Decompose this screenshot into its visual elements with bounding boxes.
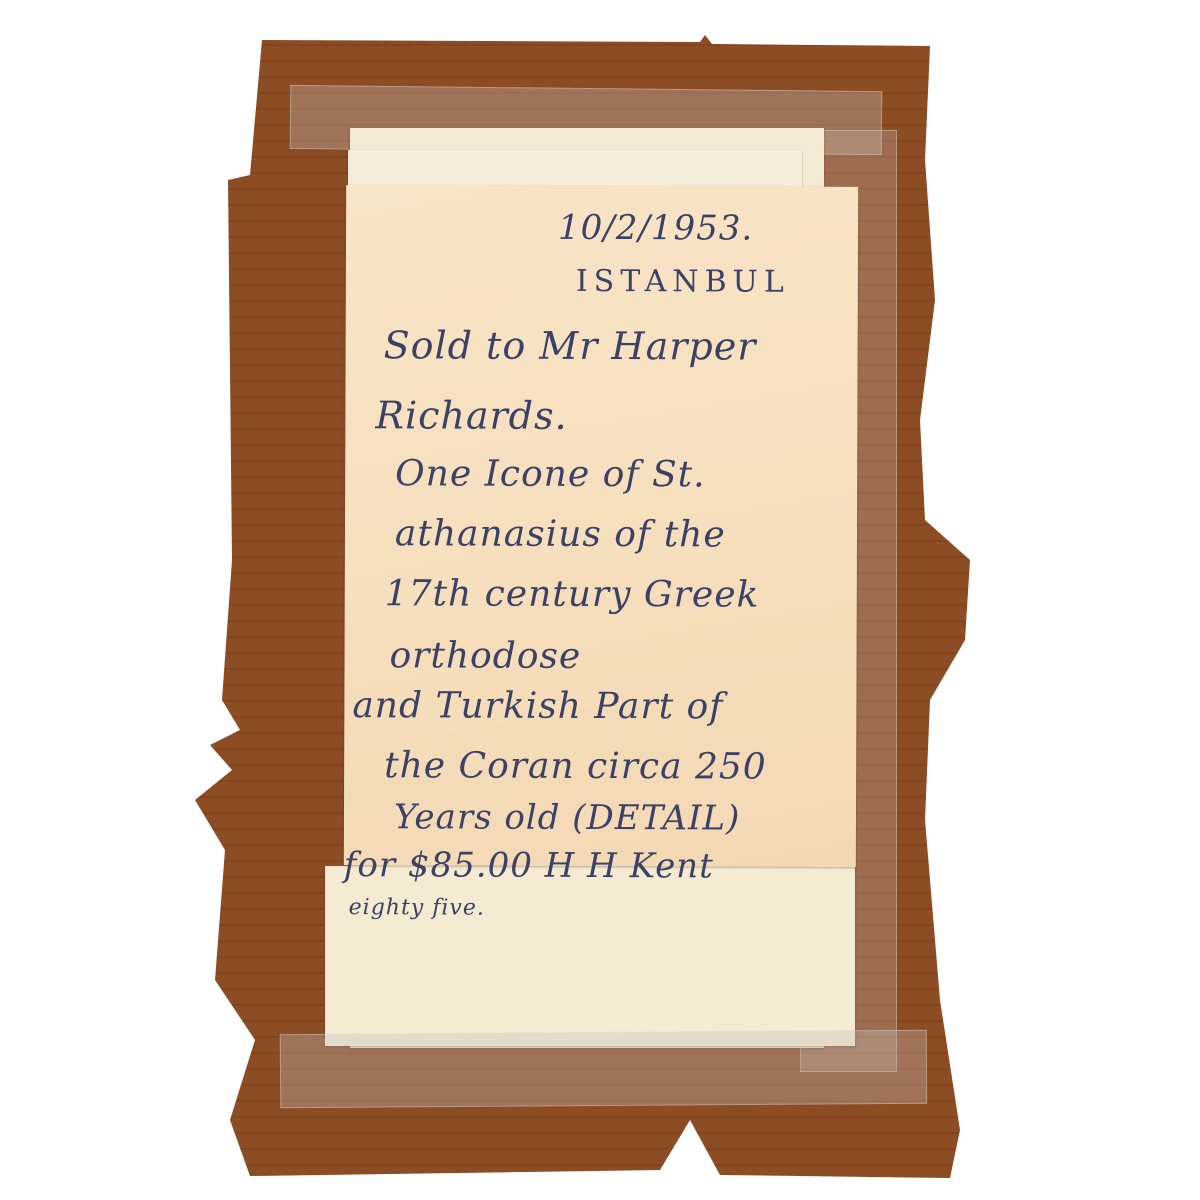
note-line: Sold to Mr Harper bbox=[384, 323, 757, 368]
note-line: One Icone of St. bbox=[395, 453, 706, 495]
handwritten-note-card: 10/2/1953. ISTANBUL Sold to Mr Harper Ri… bbox=[344, 185, 858, 867]
note-place: ISTANBUL bbox=[576, 264, 790, 300]
tape-strip-bottom bbox=[280, 1030, 928, 1109]
note-line: the Coran circa 250 bbox=[384, 745, 767, 787]
note-line: and Turkish Part of bbox=[352, 685, 723, 727]
document-photo: 10/2/1953. ISTANBUL Sold to Mr Harper Ri… bbox=[0, 0, 1200, 1200]
note-signature-line: for $85.00 H H Kent bbox=[344, 845, 714, 886]
lower-paper-card bbox=[325, 866, 855, 1046]
note-amount-words: eighty five. bbox=[349, 895, 485, 920]
note-line: orthodose bbox=[389, 635, 581, 677]
note-line: athanasius of the bbox=[395, 513, 726, 555]
note-line: Richards. bbox=[375, 393, 567, 438]
note-line: Years old (DETAIL) bbox=[394, 797, 740, 838]
note-line: 17th century Greek bbox=[385, 573, 760, 615]
note-date: 10/2/1953. bbox=[558, 208, 753, 249]
